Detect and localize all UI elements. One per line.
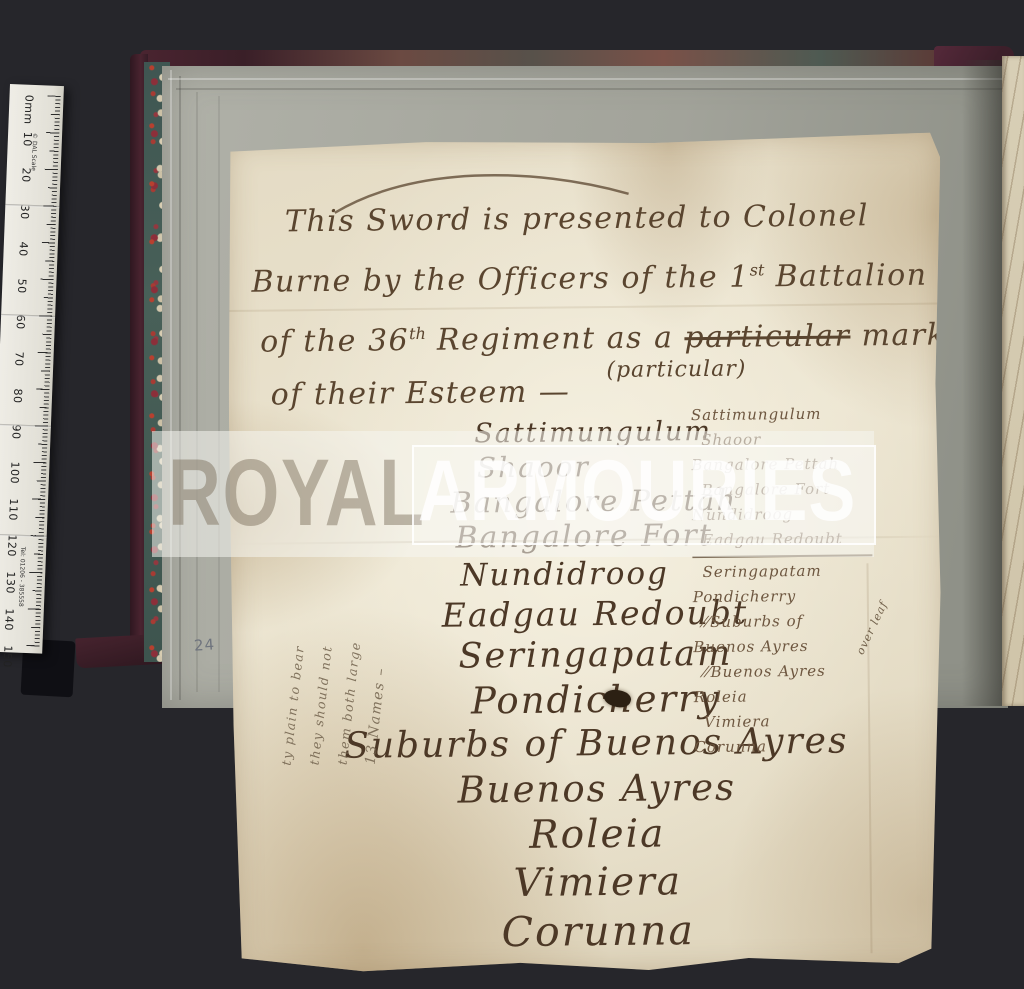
inscription-line: This Sword is presented to Colonel: [243, 189, 934, 249]
ruler-number: 150: [1, 645, 15, 668]
margin-note-line: 13 Names –: [363, 666, 390, 765]
ruler-number: 40: [16, 241, 30, 256]
side-list-item: Bangalore Fort: [702, 476, 907, 503]
ruler-number: 90: [9, 425, 23, 440]
side-list-item: Buenos Ayres: [703, 658, 908, 685]
ruler-seams: [10, 84, 64, 86]
struck-word: particular: [684, 318, 850, 355]
battle-honour: Corunna: [318, 903, 878, 959]
ruler-number: 60: [14, 315, 28, 330]
ruler-number: 80: [11, 388, 25, 403]
page-edge-line: [170, 70, 172, 700]
folio-number: 24: [193, 635, 215, 654]
ruler-number: 50: [15, 278, 29, 293]
margin-note: 13 Names –them both largethey should not…: [235, 258, 421, 800]
flyleaf-crease: [218, 96, 220, 692]
battle-honour: Vimiera: [318, 856, 878, 909]
side-list-item: Roleia: [694, 683, 909, 710]
ruler-number: 0mm: [21, 94, 35, 124]
ruler-number: 130: [3, 571, 17, 594]
side-list-item: Shaoor: [701, 426, 906, 453]
side-list-item: Buenos Ayres: [693, 633, 908, 660]
side-list: SattimungulumShaoorBangalore PettahBanga…: [691, 401, 910, 760]
side-list-item: Corunna: [694, 733, 909, 760]
measuring-ruler: 0mm102030405060708090100110120130140150 …: [0, 84, 64, 654]
side-list-item: Nundidroog: [692, 501, 907, 528]
margin-note-line: them both large: [335, 640, 364, 765]
ruler-number: 110: [6, 498, 20, 521]
margin-note-line: they should not: [307, 644, 335, 766]
page-edge-line: [168, 78, 1004, 80]
ruler-number: 70: [12, 351, 26, 366]
side-list-item: Sattimungulum: [691, 401, 906, 428]
ruler-tel-label: Tel: 01206 - 385558: [17, 547, 26, 607]
ruler-number: 140: [2, 608, 16, 631]
ruler-number: 100: [8, 461, 22, 484]
next-page-sliver: [1002, 56, 1024, 706]
ruler-number: 120: [5, 535, 19, 558]
page-edge-line: [176, 88, 1004, 90]
manuscript-page: This Sword is presented to Colonel Burne…: [226, 133, 949, 976]
side-list-item: Vimiera: [704, 708, 909, 735]
flyleaf-crease: [196, 92, 198, 692]
page-edge-line: [179, 76, 181, 700]
margin-note-line: ty plain to bear: [279, 644, 307, 766]
ruler-maker-label: © DAL Scale: [30, 133, 38, 171]
ruler-labels: 0mm102030405060708090100110120130140150: [10, 84, 64, 86]
side-list-item: Seringapatam: [702, 558, 907, 585]
book-gutter: [962, 60, 1006, 706]
side-list-item: Bangalore Pettah: [691, 451, 906, 478]
battle-honour: Roleia: [317, 808, 877, 861]
photograph-of-open-book: 24 0mm1020304050607080901001101201301401…: [0, 0, 1024, 989]
inserted-correction: (particular): [606, 357, 746, 383]
